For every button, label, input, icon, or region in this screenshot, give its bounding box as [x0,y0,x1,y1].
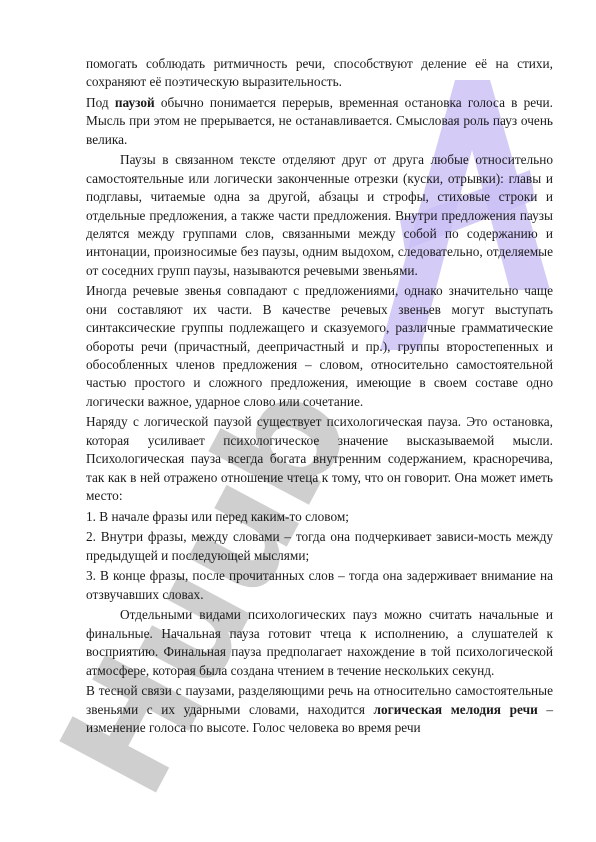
paragraph-p1: помогать соблюдать ритмичность речи, спо… [86,55,553,92]
text-run: Иногда речевые звенья совпадают с предло… [86,283,553,408]
text-run: 1. В начале фразы или перед каким-то сло… [86,509,349,524]
text-run: 2. Внутри фразы, между словами – тогда о… [86,529,553,562]
paragraph-p7: 2. Внутри фразы, между словами – тогда о… [86,528,553,565]
bold-term: логическая мелодия речи [374,702,538,717]
text-run: Паузы в связанном тексте отделяют друг о… [86,152,553,277]
paragraph-p8: 3. В конце фразы, после прочитанных слов… [86,567,553,604]
paragraph-p6: 1. В начале фразы или перед каким-то сло… [86,508,553,526]
paragraph-p4: Иногда речевые звенья совпадают с предло… [86,282,553,411]
paragraph-p2: Под паузой обычно понимается перерыв, вр… [86,94,553,149]
paragraph-p3: Паузы в связанном тексте отделяют друг о… [86,151,553,280]
text-run: Под [86,95,115,110]
text-run: обычно понимается перерыв, временная ост… [86,95,553,147]
paragraph-p9: Отдельными видами психологических пауз м… [86,606,553,680]
text-run: Отдельными видами психологических пауз м… [86,607,553,677]
text-run: 3. В конце фразы, после прочитанных слов… [86,568,553,601]
paragraph-p5: Наряду с логической паузой существует пс… [86,413,553,505]
text-run: Наряду с логической паузой существует пс… [86,414,553,503]
bold-term: паузой [115,95,155,110]
paragraph-p10: В тесной связи с паузами, разделяющими р… [86,682,553,737]
document-body: помогать соблюдать ритмичность речи, спо… [86,55,553,740]
document-page: Huub помогать соблюдать ритмичность речи… [0,0,596,842]
text-run: помогать соблюдать ритмичность речи, спо… [86,56,553,89]
